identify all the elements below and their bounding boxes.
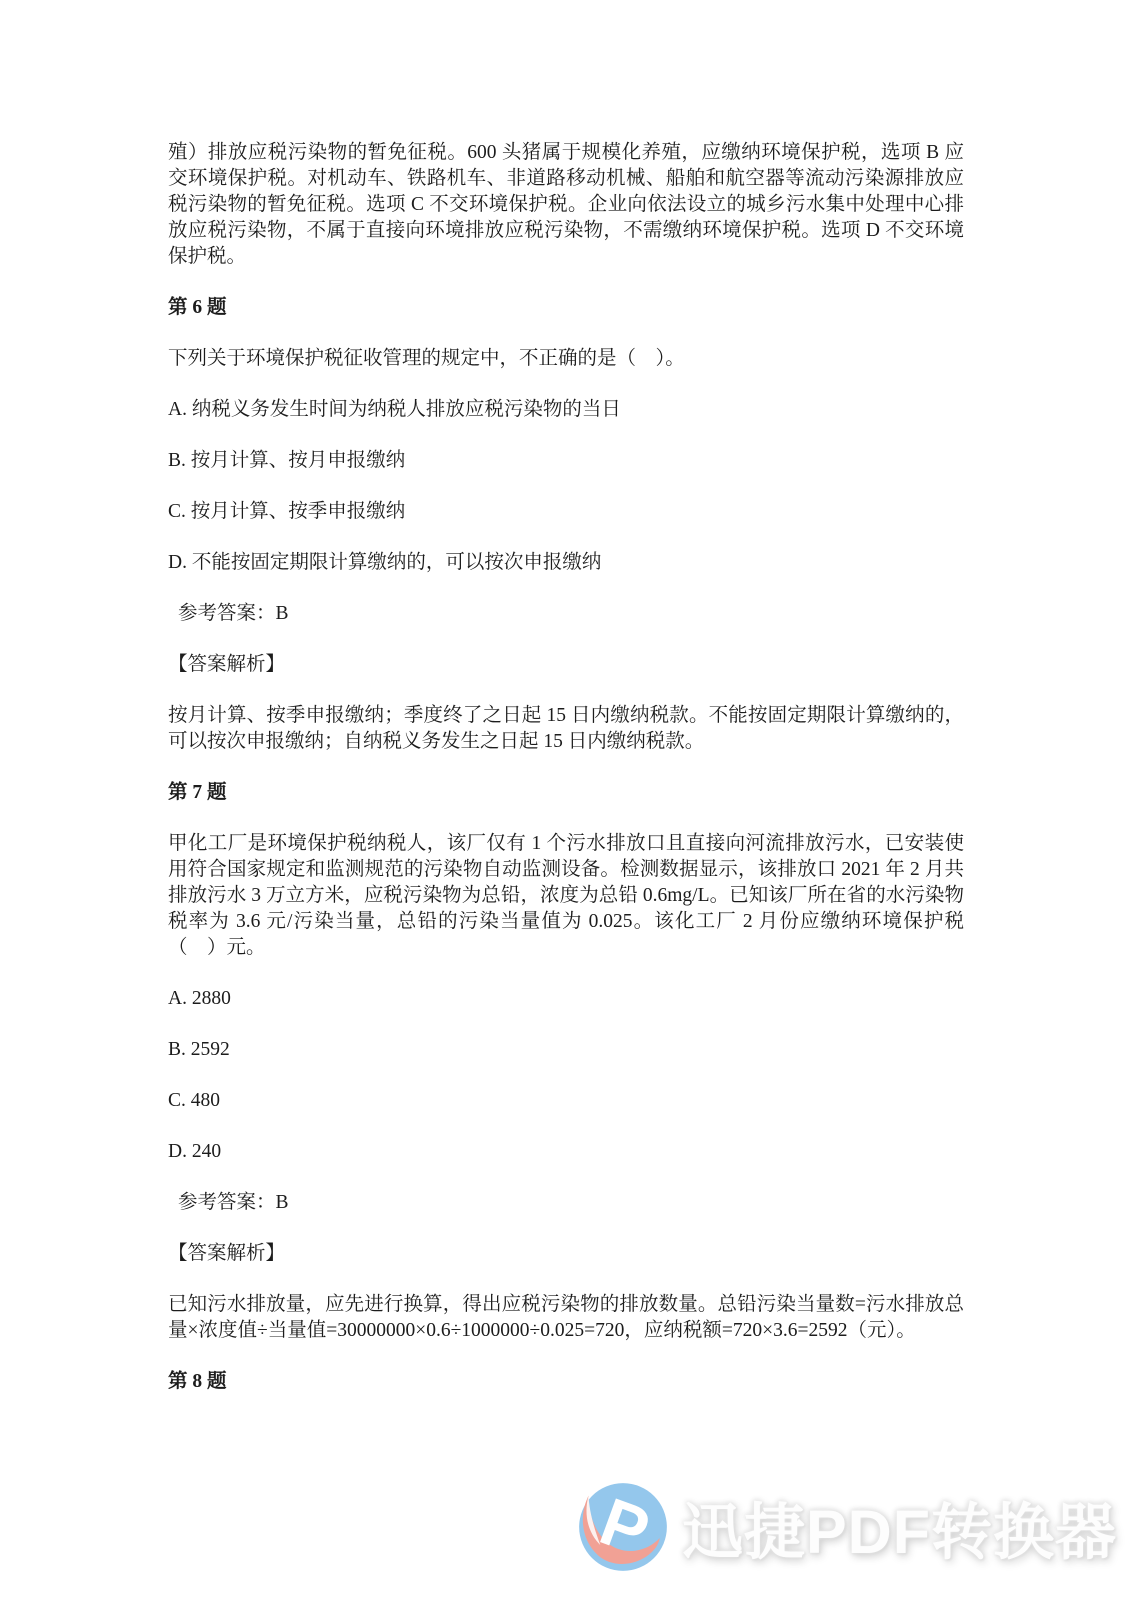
question-7-option-a: A. 2880 bbox=[168, 986, 964, 1012]
watermark: P 迅捷PDF转换器 bbox=[576, 1478, 1117, 1576]
question-6-analysis: 按月计算、按季申报缴纳；季度终了之日起 15 日内缴纳税款。不能按固定期限计算缴… bbox=[168, 703, 964, 755]
question-6-option-a: A. 纳税义务发生时间为纳税人排放应税污染物的当日 bbox=[168, 397, 964, 423]
question-6-reference-answer: 参考答案：B bbox=[168, 601, 964, 627]
question-6-title: 第 6 题 bbox=[168, 295, 964, 321]
question-7-analysis: 已知污水排放量，应先进行换算，得出应税污染物的排放数量。总铅污染当量数=污水排放… bbox=[168, 1292, 964, 1344]
watermark-text: 迅捷PDF转换器 bbox=[682, 1484, 1117, 1571]
question-7-option-c: C. 480 bbox=[168, 1088, 964, 1114]
question-6-analysis-header: 【答案解析】 bbox=[168, 652, 964, 678]
question-6-option-b: B. 按月计算、按月申报缴纳 bbox=[168, 448, 964, 474]
question-8-title: 第 8 题 bbox=[168, 1369, 964, 1395]
question-7-analysis-header: 【答案解析】 bbox=[168, 1241, 964, 1267]
question-6-option-d: D. 不能按固定期限计算缴纳的，可以按次申报缴纳 bbox=[168, 550, 964, 576]
pdf-converter-logo-icon: P bbox=[576, 1480, 670, 1574]
question-6-option-c: C. 按月计算、按季申报缴纳 bbox=[168, 499, 964, 525]
question-7-reference-answer: 参考答案：B bbox=[168, 1190, 964, 1216]
question-6-stem: 下列关于环境保护税征收管理的规定中，不正确的是（ ）。 bbox=[168, 346, 964, 372]
answer-analysis-continuation: 殖）排放应税污染物的暂免征税。600 头猪属于规模化养殖，应缴纳环境保护税，选项… bbox=[168, 140, 964, 270]
question-7-option-d: D. 240 bbox=[168, 1139, 964, 1165]
question-7-option-b: B. 2592 bbox=[168, 1037, 964, 1063]
document-body: 殖）排放应税污染物的暂免征税。600 头猪属于规模化养殖，应缴纳环境保护税，选项… bbox=[168, 140, 964, 1420]
question-7-stem: 甲化工厂是环境保护税纳税人，该厂仅有 1 个污水排放口且直接向河流排放污水，已安… bbox=[168, 831, 964, 961]
question-7-title: 第 7 题 bbox=[168, 780, 964, 806]
pdf-page: 殖）排放应税污染物的暂免征税。600 头猪属于规模化养殖，应缴纳环境保护税，选项… bbox=[0, 0, 1131, 1600]
